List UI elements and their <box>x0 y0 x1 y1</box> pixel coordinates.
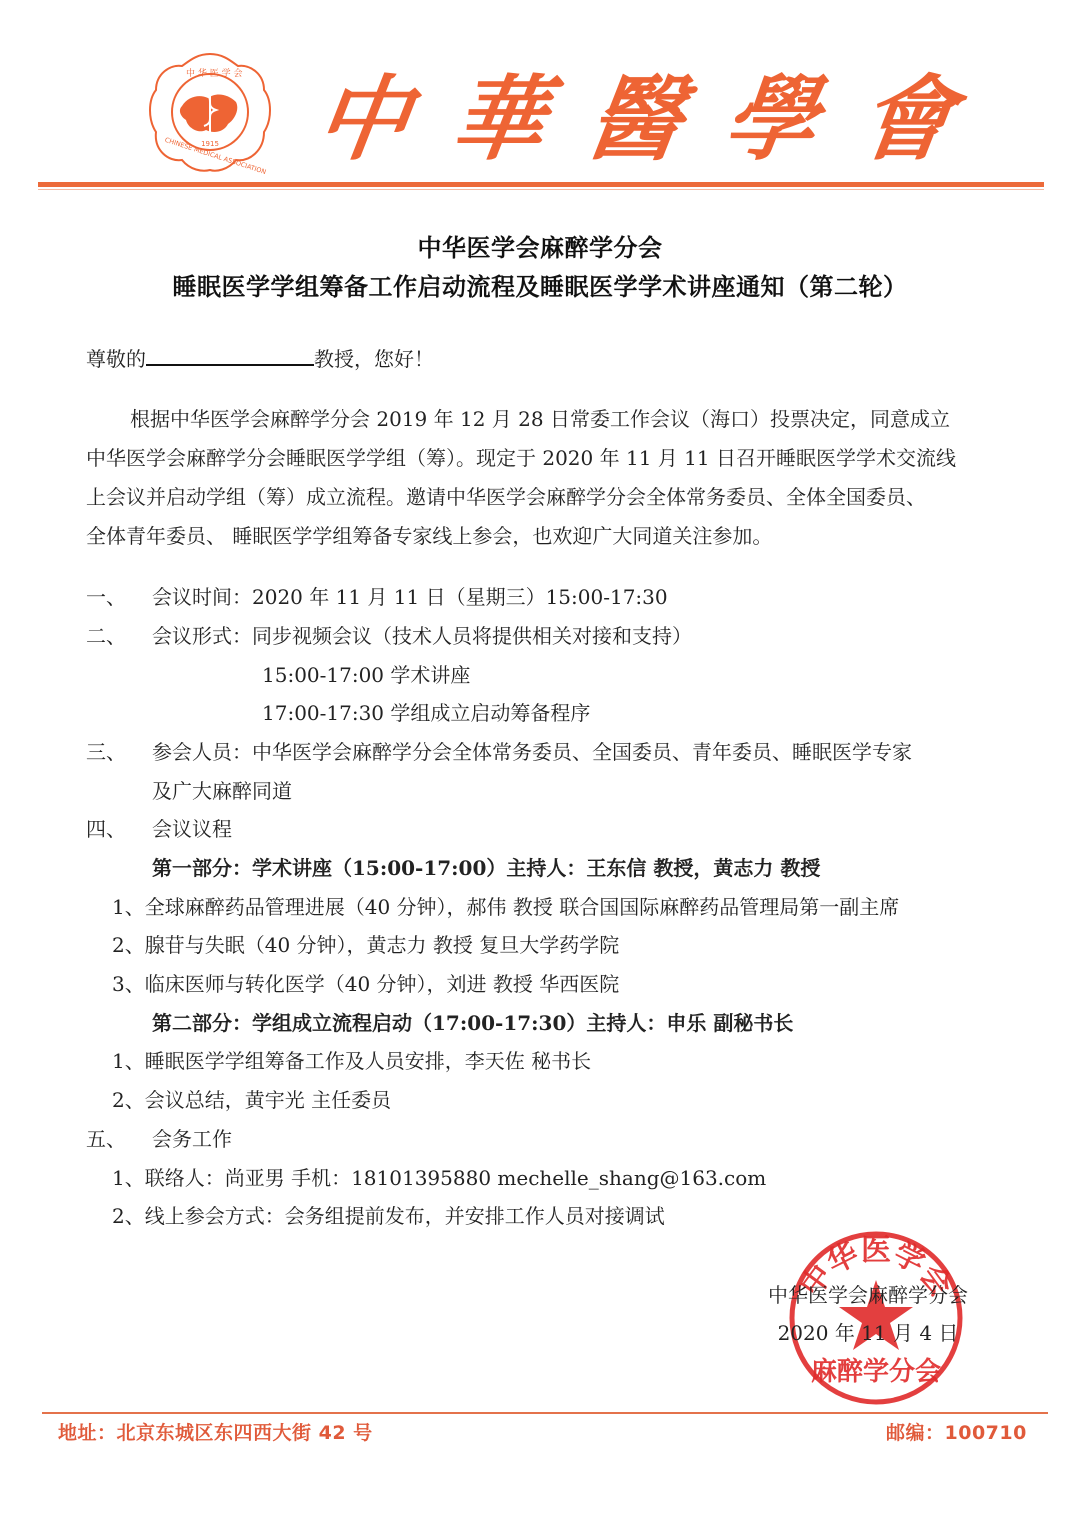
section-meeting-time: 一、会议时间：2020 年 11 月 11 日（星期三）15:00-17:30 <box>86 578 668 617</box>
section-agenda: 四、会议议程 <box>86 810 232 849</box>
intro-paragraph: 根据中华医学会麻醉学分会 2019 年 12 月 28 日常委工作会议（海口）投… <box>86 400 1006 556</box>
association-logo: 1915 中 华 医 学 会 CHINESE MEDICAL ASSOCIATI… <box>146 50 274 174</box>
agenda-item: 3、临床医师与转化医学（40 分钟），刘进 教授 华西医院 <box>112 965 619 1004</box>
section-text: 会议时间：2020 年 11 月 11 日（星期三）15:00-17:30 <box>152 585 668 609</box>
svg-text:1915: 1915 <box>201 140 219 148</box>
intro-line: 根据中华医学会麻醉学分会 2019 年 12 月 28 日常委工作会议（海口）投… <box>86 400 1006 439</box>
section-text: 参会人员：中华医学会麻醉学分会全体常务委员、全国委员、青年委员、睡眠医学专家 <box>152 740 912 764</box>
section-meeting-format: 二、会议形式：同步视频会议（技术人员将提供相关对接和支持） <box>86 617 692 656</box>
section-number: 一、 <box>86 578 152 617</box>
section-number: 四、 <box>86 810 152 849</box>
recipient-name-blank <box>146 342 314 366</box>
calligraphy-char: 會 <box>853 46 964 178</box>
logo-emblem-icon: 1915 中 华 医 学 会 CHINESE MEDICAL ASSOCIATI… <box>146 50 274 174</box>
footer-address: 地址：北京东城区东四西大街 42 号 <box>58 1418 373 1445</box>
letterhead-divider <box>38 182 1044 187</box>
calligraphy-char: 華 <box>445 46 556 178</box>
calligraphy-char: 中 <box>309 46 420 178</box>
calligraphy-char: 醫 <box>581 46 692 178</box>
document-subtitle: 睡眠医学学组筹备工作启动流程及睡眠医学学术讲座通知（第二轮） <box>0 267 1080 302</box>
salutation-prefix: 尊敬的 <box>86 347 146 371</box>
footer-divider <box>42 1412 1048 1414</box>
signature-org: 中华医学会麻醉学分会 <box>768 1276 968 1314</box>
signature-block: 中华医学会麻醉学分会 2020 年 11 月 4 日 <box>768 1276 968 1352</box>
schedule-item: 15:00-17:00 学术讲座 <box>262 656 470 695</box>
section-number: 五、 <box>86 1120 152 1159</box>
section-text: 会议形式：同步视频会议（技术人员将提供相关对接和支持） <box>152 624 692 648</box>
agenda-item: 2、腺苷与失眠（40 分钟），黄志力 教授 复旦大学药学院 <box>112 926 619 965</box>
document-title: 中华医学会麻醉学分会 <box>0 228 1080 263</box>
salutation-suffix: 教授，您好！ <box>314 347 434 371</box>
section-number: 二、 <box>86 617 152 656</box>
seal-bottom-text: 麻醉学分会 <box>811 1356 941 1387</box>
calligraphy-char: 學 <box>717 46 828 178</box>
agenda-part1-heading: 第一部分：学术讲座（15:00-17:00）主持人：王东信 教授，黄志力 教授 <box>152 849 820 888</box>
footer-postcode: 邮编：100710 <box>886 1418 1027 1445</box>
section-logistics: 五、会务工作 <box>86 1120 232 1159</box>
section-text: 会议议程 <box>152 817 232 841</box>
agenda-part2-heading: 第二部分：学组成立流程启动（17:00-17:30）主持人：申乐 副秘书长 <box>152 1004 793 1043</box>
intro-line: 中华医学会麻醉学分会睡眠医学学组（筹）。现定于 2020 年 11 月 11 日… <box>86 439 1006 478</box>
signature-date: 2020 年 11 月 4 日 <box>768 1314 968 1352</box>
schedule-item: 17:00-17:30 学组成立启动筹备程序 <box>262 694 590 733</box>
section-text: 会务工作 <box>152 1127 232 1151</box>
section-number: 三、 <box>86 733 152 772</box>
letterhead-calligraphy: 中 華 醫 學 會 <box>318 52 878 172</box>
intro-line: 全体青年委员、 睡眠医学学组筹备专家线上参会，也欢迎广大同道关注参加。 <box>86 517 1006 556</box>
svg-text:中 华 医 学 会: 中 华 医 学 会 <box>186 67 242 79</box>
section-attendees-cont: 及广大麻醉同道 <box>152 772 292 811</box>
logistics-item: 2、线上参会方式：会务组提前发布，并安排工作人员对接调试 <box>112 1197 665 1236</box>
agenda-item: 2、会议总结，黄宇光 主任委员 <box>112 1081 391 1120</box>
section-attendees: 三、参会人员：中华医学会麻醉学分会全体常务委员、全国委员、青年委员、睡眠医学专家 <box>86 733 912 772</box>
contact-item: 1、联络人：尚亚男 手机：18101395880 mechelle_shang@… <box>112 1159 766 1198</box>
agenda-item: 1、全球麻醉药品管理进展（40 分钟），郝伟 教授 联合国国际麻醉药品管理局第一… <box>112 888 899 927</box>
intro-line: 上会议并启动学组（筹）成立流程。邀请中华医学会麻醉学分会全体常务委员、全体全国委… <box>86 478 1006 517</box>
salutation: 尊敬的教授，您好！ <box>86 340 434 379</box>
letterhead-divider-thin <box>38 189 1044 190</box>
agenda-item: 1、睡眠医学学组筹备工作及人员安排，李天佐 秘书长 <box>112 1042 591 1081</box>
